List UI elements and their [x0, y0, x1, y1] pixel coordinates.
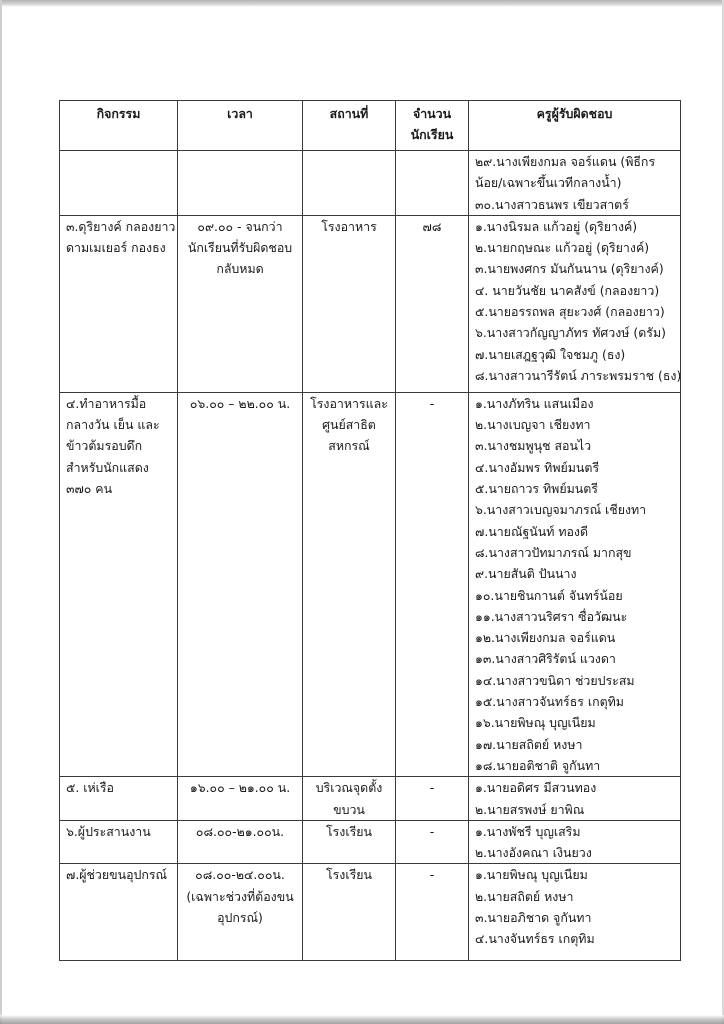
teacher-name: ๓.นายพงศกร มันกันนาน (ดุริยางค์) — [475, 258, 674, 279]
teacher-name: ๔. นายวันชัย นาคสังข์ (กลองยาว) — [475, 280, 674, 301]
responsible-teachers-cell: ๑.นางนิรมล แก้วอยู่ (ดุริยางค์)๒.นายกฤษณ… — [469, 215, 681, 392]
time-text: ๐๙.๐๐ - จนกว่า — [184, 216, 296, 237]
place-text: ขบวน — [309, 799, 389, 820]
responsible-teachers-cell: ๑.นางพัชรี บุญเสริม๒.นางอังคณา เงินยวง — [469, 820, 681, 864]
teacher-name: ๗.นายณัฐนันท์ ทองดี — [475, 521, 674, 542]
teacher-name: ๗.นายเสฎฐวุฒิ ใจชมภู (ธง) — [475, 344, 674, 365]
teacher-name: ๑๐.นายชินกานต์ จันทร์น้อย — [475, 585, 674, 606]
place-cell: โรงเรียน — [303, 864, 396, 961]
teacher-name: ๑๘.นายอติชาติ จูกันทา — [475, 755, 674, 776]
table-row: ๗.ผู้ช่วยขนอุปกรณ์๐๘.๐๐-๒๔.๐๐น.(เฉพาะช่ว… — [60, 864, 681, 961]
activity-cell: ๔.ทำอาหารมื้อกลางวัน เย็น และข้าวต้มรอบด… — [60, 392, 178, 776]
time-text: นักเรียนที่รับผิดชอบ — [184, 237, 296, 258]
teacher-name: ๑๗.นายสถิตย์ หงษา — [475, 734, 674, 755]
teacher-name: ๑.นางนิรมล แก้วอยู่ (ดุริยางค์) — [475, 216, 674, 237]
time-text: (เฉพาะช่วงที่ต้องขน — [184, 886, 296, 907]
teacher-name: ๑๑.นางสาวนริศรา ซื่อวัฒนะ — [475, 606, 674, 627]
header-activity: กิจกรรม — [60, 101, 178, 151]
place-cell: โรงเรียน — [303, 820, 396, 864]
activity-text: ๕. เห่เรือ — [66, 777, 171, 798]
count-text: - — [402, 777, 462, 798]
time-cell: ๐๘.๐๐-๒๑.๐๐น. — [178, 820, 303, 864]
table-row: ๓.ดุริยางค์ กลองยาวดามเมเยอร์ กองธง๐๙.๐๐… — [60, 215, 681, 392]
header-student-count: จำนวน นักเรียน — [396, 101, 469, 151]
teacher-name: ๙.นายสันติ ปันนาง — [475, 563, 674, 584]
activity-cell: ๖.ผู้ประสานงาน — [60, 820, 178, 864]
teacher-name: ๑.นางพัชรี บุญเสริม — [475, 821, 674, 842]
student-count-cell: - — [396, 820, 469, 864]
time-cell: ๐๘.๐๐-๒๔.๐๐น.(เฉพาะช่วงที่ต้องขนอุปกรณ์) — [178, 864, 303, 961]
student-count-cell — [396, 151, 469, 216]
time-cell: ๐๖.๐๐ – ๒๒.๐๐ น. — [178, 392, 303, 776]
time-cell — [178, 151, 303, 216]
header-place: สถานที่ — [303, 101, 396, 151]
teacher-name: ๕.นายอรรถพล สุยะวงศ์ (กลองยาว) — [475, 301, 674, 322]
scan-edge-bottom — [0, 1015, 724, 1024]
time-text: ๐๘.๐๐-๒๑.๐๐น. — [184, 821, 296, 842]
teacher-name: ๒.นายสรพงษ์ ยาพิณ — [475, 799, 674, 820]
activity-text: ๗.ผู้ช่วยขนอุปกรณ์ — [66, 864, 171, 885]
count-text: - — [402, 821, 462, 842]
count-text: - — [402, 393, 462, 414]
scan-edge-top — [0, 0, 724, 7]
time-cell: ๑๖.๐๐ – ๒๑.๐๐ น. — [178, 777, 303, 821]
place-text: โรงเรียน — [309, 864, 389, 885]
teacher-name: ๑.นายอดิศร มีสวนทอง — [475, 777, 674, 798]
responsible-teachers-cell: ๒๙.นางเพียงกมล จอร์แดน (พิธีกรน้อย/เฉพาะ… — [469, 151, 681, 216]
activity-text: กลางวัน เย็น และ — [66, 414, 171, 435]
place-text: สหกรณ์ — [309, 435, 389, 456]
header-time: เวลา — [178, 101, 303, 151]
time-cell: ๐๙.๐๐ - จนกว่านักเรียนที่รับผิดชอบกลับหม… — [178, 215, 303, 392]
table-header-row: กิจกรรม เวลา สถานที่ จำนวน นักเรียน ครูผ… — [60, 101, 681, 151]
place-cell: โรงอาหาร — [303, 215, 396, 392]
responsible-teachers-cell: ๑.นางภัทริน แสนเมือง๒.นางเบญจา เชียงทา๓.… — [469, 392, 681, 776]
teacher-name: ๑.นางภัทริน แสนเมือง — [475, 393, 674, 414]
teacher-name: ๖.นางสาวกัญญาภัทร ทัศวงษ์ (ดรัม) — [475, 322, 674, 343]
table-row: ๕. เห่เรือ๑๖.๐๐ – ๒๑.๐๐ น.บริเวณจุดตั้งข… — [60, 777, 681, 821]
student-count-cell: - — [396, 392, 469, 776]
place-cell: บริเวณจุดตั้งขบวน — [303, 777, 396, 821]
schedule-table: กิจกรรม เวลา สถานที่ จำนวน นักเรียน ครูผ… — [59, 100, 681, 961]
place-text: โรงอาหาร — [309, 216, 389, 237]
teacher-name: ๔.นางอัมพร ทิพย์มนตรี — [475, 457, 674, 478]
time-text: ๐๘.๐๐-๒๔.๐๐น. — [184, 864, 296, 885]
teacher-name: ๑๖.นายพิษณุ บุญเนียม — [475, 712, 674, 733]
table-row: ๒๙.นางเพียงกมล จอร์แดน (พิธีกรน้อย/เฉพาะ… — [60, 151, 681, 216]
activity-text: ๓๗๐ คน — [66, 478, 171, 499]
count-text: ๗๘ — [402, 216, 462, 237]
time-text: ๑๖.๐๐ – ๒๑.๐๐ น. — [184, 777, 296, 798]
teacher-name: ๘.นางสาวนารีรัตน์ ภาระพรมราช (ธง) — [475, 365, 674, 386]
teacher-name: ๒.นางอังคณา เงินยวง — [475, 842, 674, 863]
time-text: กลับหมด — [184, 258, 296, 279]
count-text: - — [402, 864, 462, 885]
teacher-name: ๓๐.นางสาวธนพร เขียวสาตร์ — [475, 194, 674, 215]
activity-text: ๖.ผู้ประสานงาน — [66, 821, 171, 842]
table-row: ๔.ทำอาหารมื้อกลางวัน เย็น และข้าวต้มรอบด… — [60, 392, 681, 776]
teacher-name: ๔.นางจันทร์ธร เกตุทิม — [475, 928, 674, 949]
time-text: อุปกรณ์) — [184, 907, 296, 928]
teacher-name: ๑๓.นางสาวศิริรัตน์ แวงดา — [475, 648, 674, 669]
place-cell — [303, 151, 396, 216]
activity-cell: ๗.ผู้ช่วยขนอุปกรณ์ — [60, 864, 178, 961]
activity-cell: ๕. เห่เรือ — [60, 777, 178, 821]
activity-text: ๓.ดุริยางค์ กลองยาว — [66, 216, 171, 237]
teacher-name: ๓.นางชมพูนุช สอนไว — [475, 435, 674, 456]
activity-text: ดามเมเยอร์ กองธง — [66, 237, 171, 258]
time-text: ๐๖.๐๐ – ๒๒.๐๐ น. — [184, 393, 296, 414]
table-row: ๖.ผู้ประสานงาน๐๘.๐๐-๒๑.๐๐น.โรงเรียน-๑.นา… — [60, 820, 681, 864]
teacher-name: น้อย/เฉพาะขึ้นเวทีกลางน้ำ) — [475, 172, 674, 193]
scan-edge-left — [0, 0, 2, 1024]
activity-cell — [60, 151, 178, 216]
responsible-teachers-cell: ๑.นายอดิศร มีสวนทอง๒.นายสรพงษ์ ยาพิณ — [469, 777, 681, 821]
activity-cell: ๓.ดุริยางค์ กลองยาวดามเมเยอร์ กองธง — [60, 215, 178, 392]
activity-text: ๔.ทำอาหารมื้อ — [66, 393, 171, 414]
teacher-name: ๘.นางสาวปัทมาภรณ์ มากสุข — [475, 542, 674, 563]
teacher-name: ๓.นายอภิชาด จูกันทา — [475, 907, 674, 928]
place-text: โรงเรียน — [309, 821, 389, 842]
responsible-teachers-cell: ๑.นายพิษณุ บุญเนียม๒.นายสถิตย์ หงษา๓.นาย… — [469, 864, 681, 961]
student-count-cell: - — [396, 864, 469, 961]
place-cell: โรงอาหารและศูนย์สาธิตสหกรณ์ — [303, 392, 396, 776]
teacher-name: ๑.นายพิษณุ บุญเนียม — [475, 864, 674, 885]
student-count-cell: ๗๘ — [396, 215, 469, 392]
place-text: โรงอาหารและ — [309, 393, 389, 414]
teacher-name: ๒๙.นางเพียงกมล จอร์แดน (พิธีกร — [475, 151, 674, 172]
header-responsible-teachers: ครูผู้รับผิดชอบ — [469, 101, 681, 151]
teacher-name: ๑๕.นางสาวจันทร์ธร เกตุทิม — [475, 691, 674, 712]
place-text: บริเวณจุดตั้ง — [309, 777, 389, 798]
activity-text: สำหรับนักแสดง — [66, 457, 171, 478]
teacher-name: ๕.นายถาวร ทิพย์มนตรี — [475, 478, 674, 499]
teacher-name: ๒.นายสถิตย์ หงษา — [475, 886, 674, 907]
activity-text: ข้าวต้มรอบดึก — [66, 435, 171, 456]
teacher-name: ๒.นางเบญจา เชียงทา — [475, 414, 674, 435]
teacher-name: ๒.นายกฤษณะ แก้วอยู่ (ดุริยางค์) — [475, 237, 674, 258]
teacher-name: ๑๒.นางเพียงกมล จอร์แดน — [475, 627, 674, 648]
place-text: ศูนย์สาธิต — [309, 414, 389, 435]
teacher-name: ๑๔.นางสาวขนิดา ช่วยประสม — [475, 670, 674, 691]
student-count-cell: - — [396, 777, 469, 821]
teacher-name: ๖.นางสาวเบญจมาภรณ์ เชียงทา — [475, 499, 674, 520]
